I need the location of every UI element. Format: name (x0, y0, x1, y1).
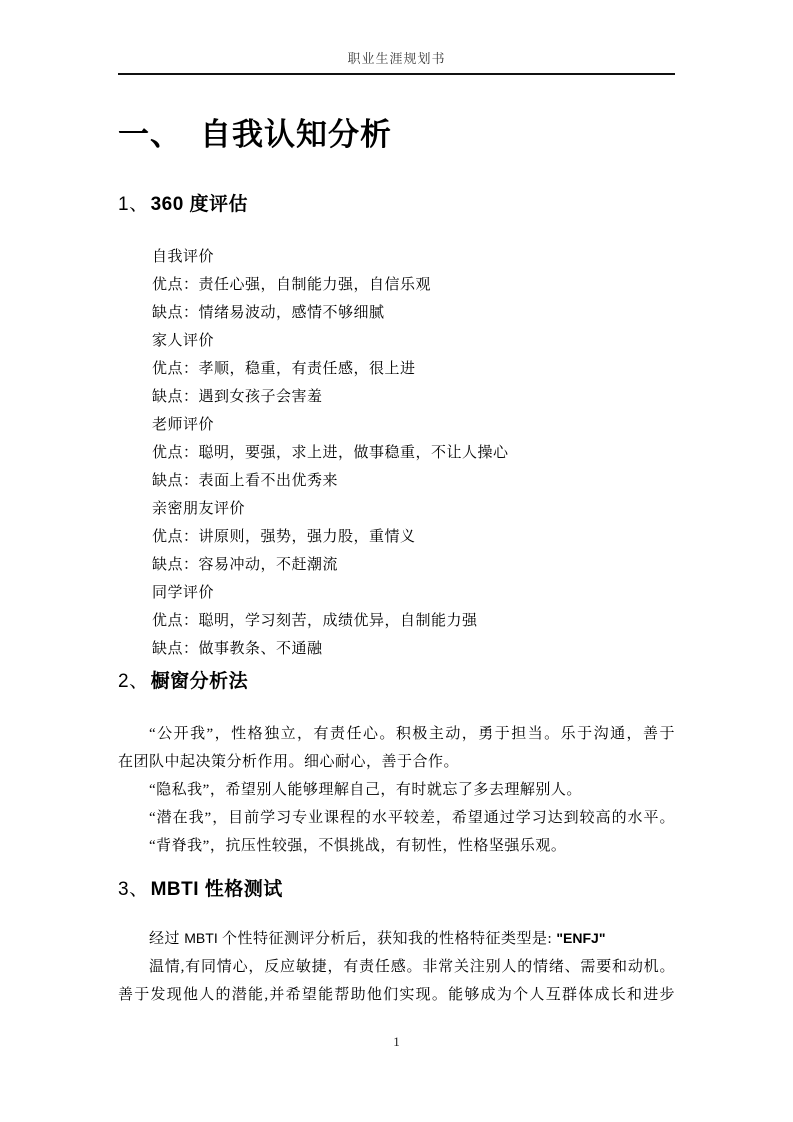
page-number: 1 (393, 1034, 400, 1049)
mbti-paragraph: 经过 MBTI 个性特征测评分析后，获知我的性格特征类型是: "ENFJ" 温情… (118, 924, 675, 1009)
paragraph-line: 在团队中起决策分析作用。细心耐心，善于合作。 (118, 748, 675, 776)
list-line: 自我评价 (118, 243, 675, 271)
window-analysis-paragraph: “公开我”，性格独立，有责任心。积极主动，勇于担当。乐于沟通，善于 在团队中起决… (118, 720, 675, 860)
mbti-type-value: "ENFJ" (556, 930, 605, 946)
list-line: 缺点：表面上看不出优秀来 (118, 467, 675, 495)
heading-text: MBTI 性格测试 (151, 879, 283, 900)
list-line: 家人评价 (118, 327, 675, 355)
mbti-intro-text: 经过 (149, 931, 184, 947)
document-page: 职业生涯规划书 一、自我认知分析 1、360 度评估 自我评价 优点：责任心强，… (0, 0, 793, 1122)
evaluation-list: 自我评价 优点：责任心强，自制能力强，自信乐观 缺点：情绪易波动，感情不够细腻 … (118, 243, 675, 663)
list-line: 优点：聪明，要强，求上进，做事稳重，不让人操心 (118, 439, 675, 467)
heading-number: 3、 (118, 879, 149, 900)
list-line: 同学评价 (118, 579, 675, 607)
list-line: 缺点：容易冲动，不赶潮流 (118, 551, 675, 579)
paragraph-line: “潜在我”，目前学习专业课程的水平较差，希望通过学习达到较高的水平。 (118, 804, 675, 832)
document-body: 一、自我认知分析 1、360 度评估 自我评价 优点：责任心强，自制能力强，自信… (118, 0, 675, 1009)
title-text: 自我认知分析 (200, 117, 392, 152)
section-heading-window: 2、橱窗分析法 (118, 669, 675, 695)
list-line: 优点：责任心强，自制能力强，自信乐观 (118, 271, 675, 299)
paragraph-line: “背脊我”，抗压性较强，不惧挑战，有韧性，性格坚强乐观。 (118, 832, 675, 860)
section-360-evaluation: 1、360 度评估 自我评价 优点：责任心强，自制能力强，自信乐观 缺点：情绪易… (118, 192, 675, 663)
paragraph-line: “公开我”，性格独立，有责任心。积极主动，勇于担当。乐于沟通，善于 (118, 720, 675, 748)
list-line: 老师评价 (118, 411, 675, 439)
paragraph-line: “隐私我”，希望别人能够理解自己，有时就忘了多去理解别人。 (118, 776, 675, 804)
list-line: 优点：聪明，学习刻苦，成绩优异，自制能力强 (118, 607, 675, 635)
section-mbti-test: 3、MBTI 性格测试 经过 MBTI 个性特征测评分析后，获知我的性格特征类型… (118, 877, 675, 1009)
section-heading-mbti: 3、MBTI 性格测试 (118, 877, 675, 903)
heading-text: 360 度评估 (151, 194, 248, 215)
paragraph-line: 温情,有同情心，反应敏捷，有责任感。非常关注别人的情绪、需要和动机。 (118, 953, 675, 981)
heading-text: 橱窗分析法 (151, 671, 249, 692)
section-window-analysis: 2、橱窗分析法 “公开我”，性格独立，有责任心。积极主动，勇于担当。乐于沟通，善… (118, 669, 675, 860)
list-line: 优点：孝顺，稳重，有责任感，很上进 (118, 355, 675, 383)
list-line: 亲密朋友评价 (118, 495, 675, 523)
paragraph-line-mbti-result: 经过 MBTI 个性特征测评分析后，获知我的性格特征类型是: "ENFJ" (118, 924, 675, 953)
list-line: 缺点：情绪易波动，感情不够细腻 (118, 299, 675, 327)
document-title: 一、自我认知分析 (118, 114, 675, 156)
section-heading-360: 1、360 度评估 (118, 192, 675, 218)
title-number: 一、 (118, 117, 182, 152)
heading-number: 2、 (118, 671, 149, 692)
page-footer: 1 (0, 1033, 793, 1051)
list-line: 优点：讲原则，强势，强力股，重情义 (118, 523, 675, 551)
paragraph-line: 善于发现他人的潜能,并希望能帮助他们实现。能够成为个人互群体成长和进步 (118, 981, 675, 1009)
list-line: 缺点：做事教条、不通融 (118, 635, 675, 663)
mbti-acronym: MBTI (184, 930, 217, 946)
heading-number: 1、 (118, 194, 149, 215)
mbti-intro-text: 个性特征测评分析后，获知我的性格特征类型是: (218, 931, 557, 947)
list-line: 缺点：遇到女孩子会害羞 (118, 383, 675, 411)
